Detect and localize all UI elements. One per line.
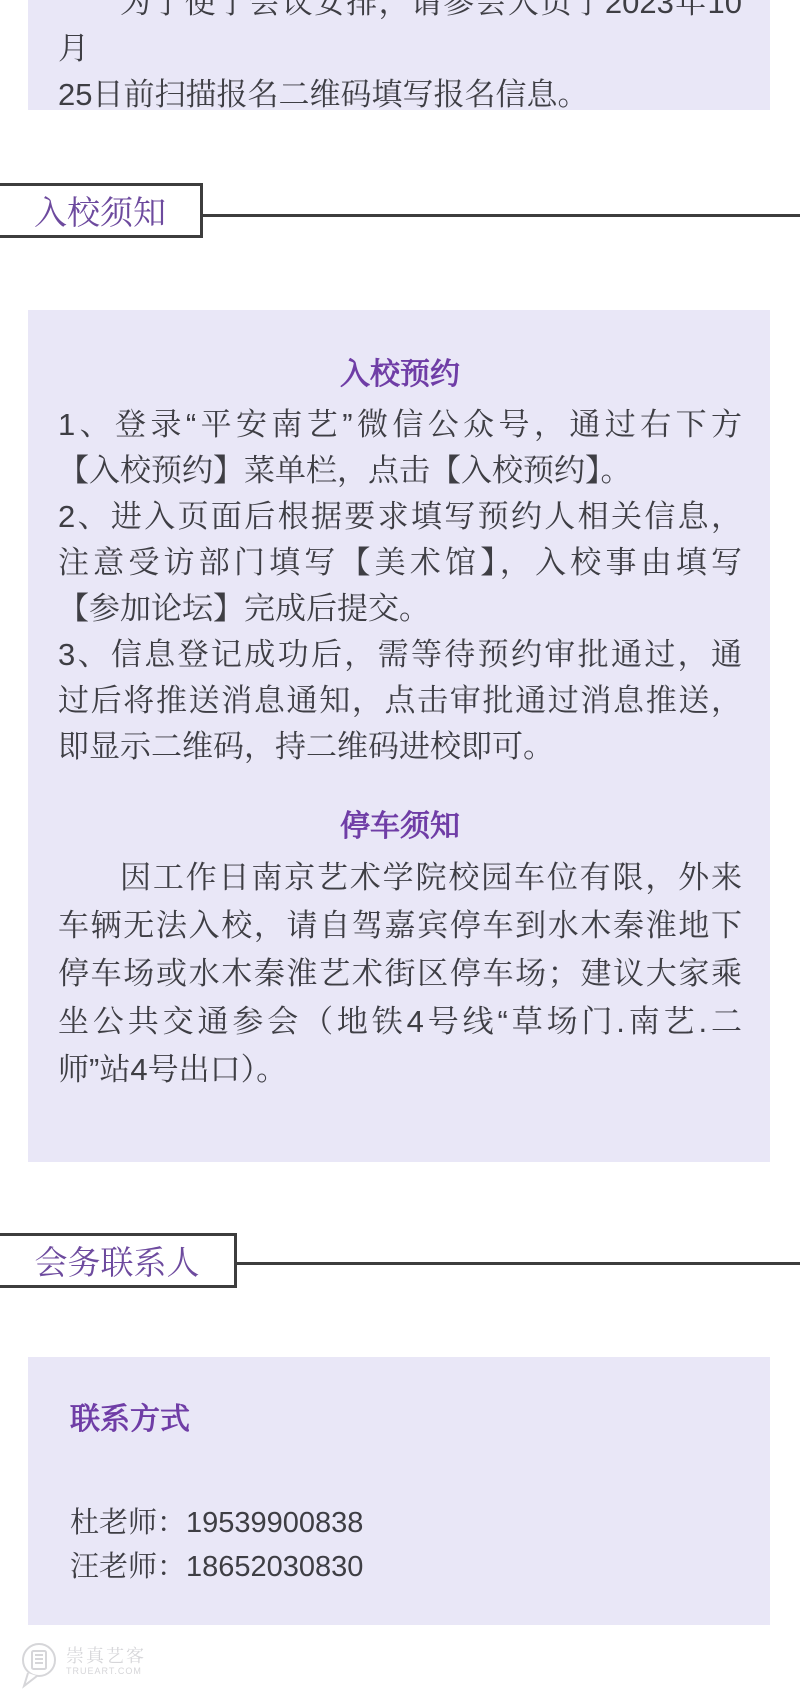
contact-phone: 18652030830 — [186, 1551, 363, 1583]
reservation-step-3: 3、信息登记成功后，需等待预约审批通过，通过后将推送消息通知，点击审批通过消息推… — [58, 632, 742, 770]
contact-row: 杜老师：19539900838 — [70, 1501, 742, 1545]
entry-section-label: 入校须知 — [0, 183, 203, 238]
contact-name: 杜老师： — [70, 1507, 186, 1539]
contact-section-label: 会务联系人 — [0, 1233, 237, 1288]
watermark: 崇真艺客 TRUEART.COM — [18, 1640, 146, 1690]
contact-phone: 19539900838 — [186, 1507, 363, 1539]
speech-bubble-document-icon — [18, 1640, 62, 1690]
intro-paragraph: 为了便于会议安排，请参会人员于2023年10月25日前扫描报名二维码填写报名信息… — [28, 0, 770, 118]
contact-title: 联系方式 — [70, 1397, 742, 1443]
contact-list: 杜老师：19539900838 汪老师：18652030830 — [70, 1501, 742, 1589]
contact-section-label-text: 会务联系人 — [35, 1237, 200, 1284]
intro-box: 为了便于会议安排，请参会人员于2023年10月25日前扫描报名二维码填写报名信息… — [28, 0, 770, 110]
entry-notice-box: 入校预约 1、登录“平安南艺”微信公众号，通过右下方【入校预约】菜单栏，点击【入… — [28, 310, 770, 1162]
reservation-heading: 入校预约 — [58, 352, 742, 398]
watermark-brand: 崇真艺客 — [66, 1646, 146, 1666]
watermark-text: 崇真艺客 TRUEART.COM — [66, 1646, 146, 1677]
contact-section-rule — [234, 1262, 800, 1265]
contact-box: 联系方式 杜老师：19539900838 汪老师：18652030830 — [28, 1357, 770, 1625]
reservation-step-1: 1、登录“平安南艺”微信公众号，通过右下方【入校预约】菜单栏，点击【入校预约】。 — [58, 402, 742, 494]
reservation-step-2: 2、进入页面后根据要求填写预约人相关信息，注意受访部门填写【美术馆】，入校事由填… — [58, 494, 742, 632]
entry-section-label-text: 入校须知 — [34, 187, 166, 234]
contact-row: 汪老师：18652030830 — [70, 1545, 742, 1589]
contact-name: 汪老师： — [70, 1551, 186, 1583]
watermark-domain: TRUEART.COM — [66, 1666, 146, 1677]
entry-section-rule — [200, 214, 800, 217]
parking-paragraph: 因工作日南京艺术学院校园车位有限，外来车辆无法入校，请自驾嘉宾停车到水木秦淮地下… — [58, 854, 742, 1094]
parking-heading: 停车须知 — [58, 804, 742, 850]
